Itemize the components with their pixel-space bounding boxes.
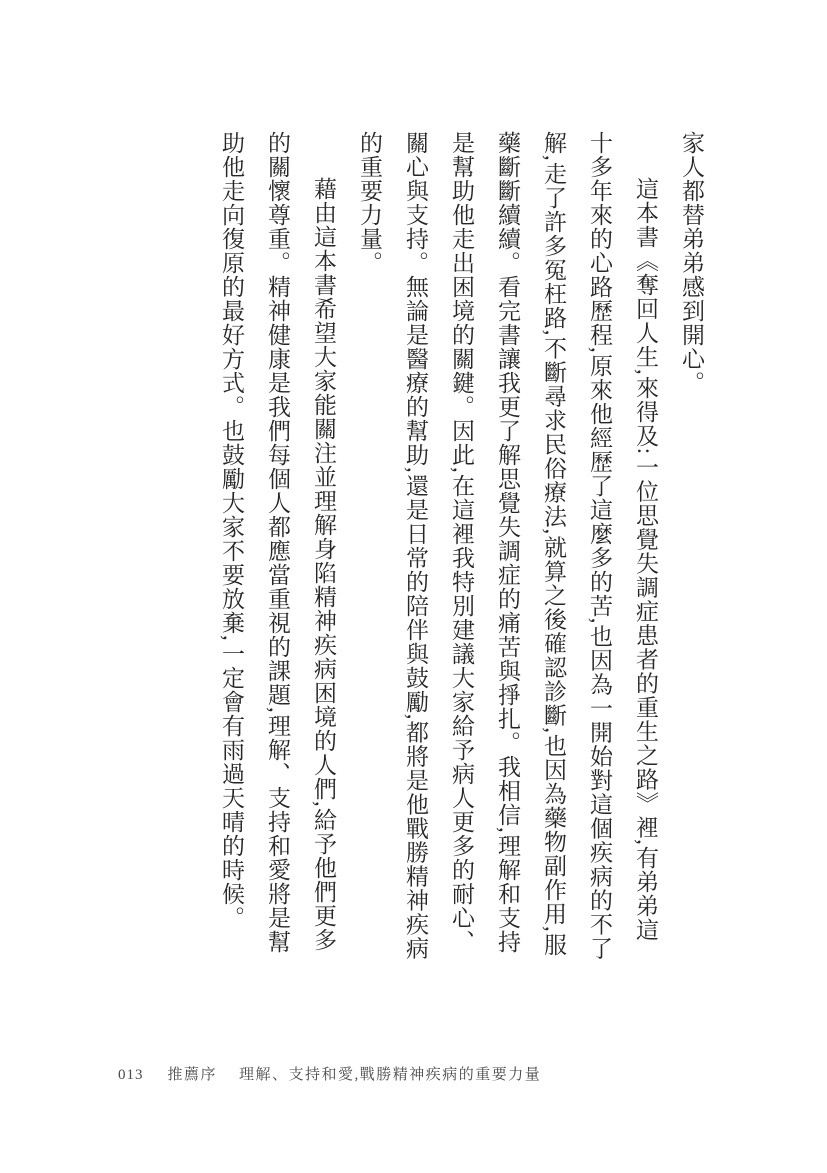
section-label: 推薦序: [168, 1063, 218, 1084]
paragraph: 藉由這本書希望大家能關注並理解身陷精神疾病困境的人們,給予他們更多的關懷尊重。精…: [208, 131, 346, 963]
page-number: 013: [118, 1067, 144, 1084]
paragraph: 這本書《奪回人生,來得及:一位思覺失調症患者的重生之路》裡,有弟弟這十多年來的心…: [346, 131, 668, 963]
paragraph: 家人都替弟弟感到開心。: [668, 131, 714, 963]
preface-body-text: 家人都替弟弟感到開心。 這本書《奪回人生,來得及:一位思覺失調症患者的重生之路》…: [208, 131, 714, 963]
page-footer: 013 推薦序 理解、支持和愛,戰勝精神疾病的重要力量: [118, 1063, 541, 1084]
running-title: 理解、支持和愛,戰勝精神疾病的重要力量: [239, 1063, 541, 1084]
book-page: 家人都替弟弟感到開心。 這本書《奪回人生,來得及:一位思覺失調症患者的重生之路》…: [0, 0, 827, 1173]
